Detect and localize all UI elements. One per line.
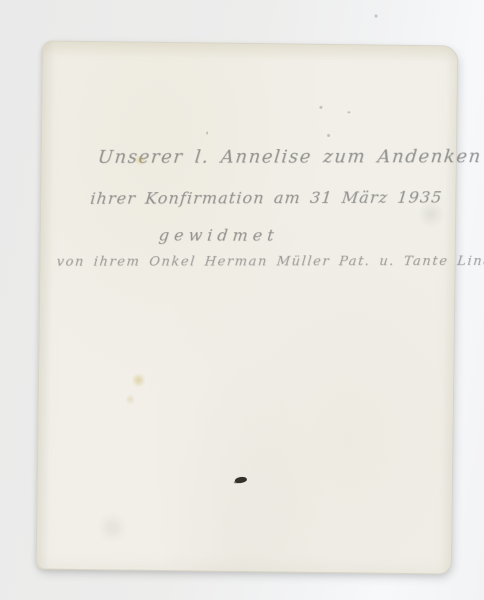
dust-speck — [375, 15, 378, 18]
inscription-line-3: gewidmet — [158, 226, 280, 245]
inscription-line-4: von ihrem Onkel Herman Müller Pat. u. Ta… — [56, 254, 484, 270]
dust-speck — [319, 106, 322, 109]
dust-speck — [347, 111, 350, 113]
handwritten-inscription: Unserer l. Annelise zum Andenken ihrer K… — [43, 41, 457, 46]
dust-speck — [206, 131, 208, 134]
pencil-smudge — [99, 510, 125, 544]
photo-backdrop: Unserer l. Annelise zum Andenken ihrer K… — [0, 0, 484, 600]
foxing-stain — [126, 394, 135, 406]
inscription-line-2: ihrer Konfirmation am 31 März 1935 — [89, 188, 443, 208]
dust-speck — [327, 134, 330, 137]
foxing-stain — [132, 373, 145, 388]
ink-speck — [234, 476, 247, 485]
inscription-line-1: Unserer l. Annelise zum Andenken — [97, 146, 483, 168]
photo-card-back: Unserer l. Annelise zum Andenken ihrer K… — [36, 40, 458, 574]
